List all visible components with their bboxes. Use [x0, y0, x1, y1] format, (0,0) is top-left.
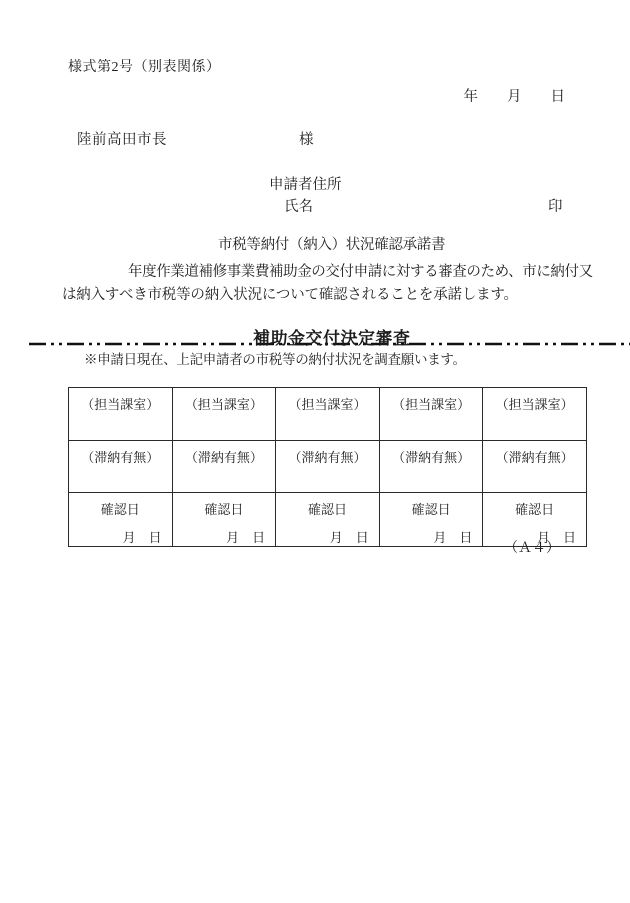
body-text-line-2: は納入すべき市税等の納入状況について確認されることを承諾します。: [62, 288, 518, 303]
table-cell-delinquency: （滞納有無）: [276, 441, 380, 493]
table-cell-confirm-date: 確認日 月 日: [69, 493, 173, 547]
seal-mark-label: 印: [548, 200, 563, 215]
confirm-date-label: 確認日: [69, 499, 172, 518]
table-row-confirm-date: 確認日 月 日 確認日 月 日 確認日 月 日 確認日 月 日 確認日 月: [69, 493, 587, 547]
cut-line-dash-dot-divider: [13, 319, 630, 325]
table-cell-delinquency: （滞納有無）: [172, 441, 276, 493]
table-cell-department: （担当課室）: [483, 388, 587, 441]
confirm-date-label: 確認日: [483, 499, 586, 518]
table-cell-department: （担当課室）: [172, 388, 276, 441]
confirm-date-blank: 月 日: [69, 527, 172, 546]
review-section-heading: 補助金交付決定審査: [253, 330, 411, 347]
document-page: 様式第2号（別表関係） 年 月 日 陸前高田市長 様 申請者住所 氏名 印 市税…: [0, 0, 630, 903]
table-cell-confirm-date: 確認日 月 日: [379, 493, 483, 547]
document-title: 市税等納付（納入）状況確認承諾書: [218, 238, 445, 253]
confirm-date-label: 確認日: [276, 499, 379, 518]
tax-check-table: （担当課室） （担当課室） （担当課室） （担当課室） （担当課室） （滞納有無…: [68, 387, 587, 547]
table-cell-department: （担当課室）: [379, 388, 483, 441]
addressee-honorific: 様: [299, 133, 314, 148]
table-cell-department: （担当課室）: [276, 388, 380, 441]
table-cell-department: （担当課室）: [69, 388, 173, 441]
table-cell-confirm-date: 確認日 月 日: [483, 493, 587, 547]
form-number: 様式第2号（別表関係）: [68, 61, 221, 75]
applicant-address-label: 申請者住所: [269, 178, 342, 193]
table-cell-confirm-date: 確認日 月 日: [276, 493, 380, 547]
table-row-delinquency: （滞納有無） （滞納有無） （滞納有無） （滞納有無） （滞納有無）: [69, 441, 587, 493]
body-text-line-1: 年度作業道補修事業費補助金の交付申請に対する審査のため、市に納付又: [128, 265, 593, 280]
table-row-department: （担当課室） （担当課室） （担当課室） （担当課室） （担当課室）: [69, 388, 587, 441]
confirm-date-blank: 月 日: [173, 527, 276, 546]
confirm-date-label: 確認日: [173, 499, 276, 518]
confirm-date-blank: 月 日: [276, 527, 379, 546]
table-cell-delinquency: （滞納有無）: [69, 441, 173, 493]
confirm-date-label: 確認日: [380, 499, 483, 518]
date-blank-line: 年 月 日: [464, 90, 566, 105]
addressee-name: 陸前高田市長: [77, 133, 167, 148]
paper-size-note: （Ａ４）: [504, 542, 560, 556]
review-section-note: ※申請日現在、上記申請者の市税等の納付状況を調査願います。: [84, 353, 466, 367]
table-cell-confirm-date: 確認日 月 日: [172, 493, 276, 547]
table-cell-delinquency: （滞納有無）: [483, 441, 587, 493]
applicant-name-label: 氏名: [284, 200, 313, 215]
table-cell-delinquency: （滞納有無）: [379, 441, 483, 493]
confirm-date-blank: 月 日: [380, 527, 483, 546]
